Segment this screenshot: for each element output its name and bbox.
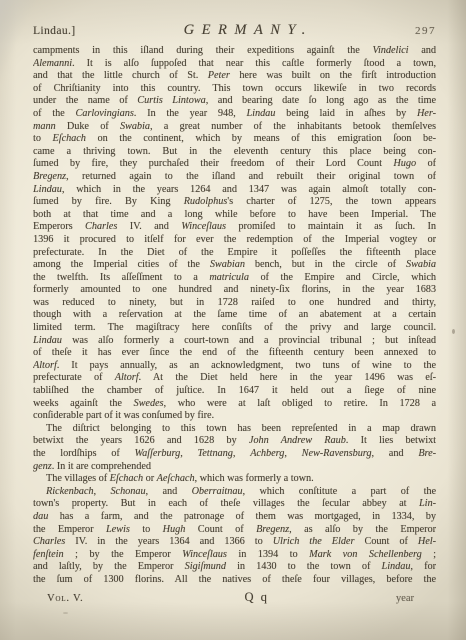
text-line: Bregenz, returned again to the iſland an… — [33, 171, 436, 184]
text-line: ſumed by fire. By King Rudolphus's chart… — [33, 196, 436, 209]
paragraph: Rickenbach, Schonau, and Oberraitnau, wh… — [33, 486, 436, 587]
text-line: The diſtrict belonging to this town has … — [33, 423, 436, 436]
page-footer: Vol. V. Q q year — [33, 590, 436, 605]
text-line: came a thriving town. But in the elevent… — [33, 146, 436, 159]
text-line: Emperors Charles IV. and Winceſlaus prom… — [33, 221, 436, 234]
running-head-catch-title: Lindau.] — [33, 25, 75, 37]
text-line: dau has a farm, and the patronage of the… — [33, 511, 436, 524]
scan-speck — [452, 329, 455, 334]
text-line: was reduced to ninety, but in 1728 raiſe… — [33, 297, 436, 310]
text-line: under the name of Curtis Lintowa, and be… — [33, 95, 436, 108]
text-line: and laſtly, by the Emperor Sigiſmund in … — [33, 561, 436, 574]
text-line: Altorf. It pays annually, as an acknowle… — [33, 360, 436, 373]
text-line: prefecturate of Altorf. At the Diet held… — [33, 372, 436, 385]
text-line: weeks againſt the Swedes, who were at la… — [33, 398, 436, 411]
text-line: Lindau was alſo formerly a court-town an… — [33, 335, 436, 348]
running-head-title: GERMANY. — [184, 22, 313, 39]
text-line: town's property. But in each of theſe vi… — [33, 498, 436, 511]
text-line: Rickenbach, Schonau, and Oberraitnau, wh… — [33, 486, 436, 499]
page-body: campments in this iſland during their ex… — [33, 45, 436, 587]
text-block: Lindau.] GERMANY. 297 campments in this … — [33, 22, 436, 605]
paragraph: campments in this iſland during their ex… — [33, 45, 436, 423]
text-line: and that the little church of St. Peter … — [33, 70, 436, 83]
text-line: the Emperor Lewis to Hugh Count of Brege… — [33, 524, 436, 537]
signature-mark: Q q — [244, 590, 268, 605]
text-line: 1396 it procured to itſelf for ever the … — [33, 234, 436, 247]
paragraph: The villages of Eſchach or Aeſchach, whi… — [33, 473, 436, 486]
page-number: 297 — [415, 25, 436, 37]
catchword: year — [396, 593, 414, 604]
text-line: limited term. The magiſtracy here conſiſ… — [33, 322, 436, 335]
text-line: Charles IV. in the years 1364 and 1366 t… — [33, 536, 436, 549]
paragraph: The diſtrict belonging to this town has … — [33, 423, 436, 473]
text-line: genz. In it are comprehended — [33, 461, 436, 474]
text-line: mann Duke of Swabia, a great number of t… — [33, 121, 436, 134]
text-line: to Eſchach on the continent, which by me… — [33, 133, 436, 146]
text-line: fenſtein ; by the Emperor Winceſlaus in … — [33, 549, 436, 562]
text-line: of theſe it has ever ſince the end of th… — [33, 347, 436, 360]
text-line: both at that time and a long while befor… — [33, 209, 436, 222]
text-line: conſiderable part of it was conſumed by … — [33, 410, 436, 423]
running-head: Lindau.] GERMANY. 297 — [33, 22, 436, 41]
text-line: formerly amounted to one hundred and nin… — [33, 284, 436, 297]
text-line: of the Carlovingians. In the year 948, L… — [33, 108, 436, 121]
text-line: ſumed by fire, they purchaſed their free… — [33, 158, 436, 171]
text-line: the ſum of 1300 florins. All the natives… — [33, 574, 436, 587]
text-line: the lordſhips of Waſſerburg, Tettnang, A… — [33, 448, 436, 461]
text-line: Alemanni. It is alſo ſuppoſed that near … — [33, 58, 436, 71]
text-line: Lindau, which in the years 1264 and 1347… — [33, 184, 436, 197]
scan-speck — [63, 612, 68, 614]
text-line: The villages of Eſchach or Aeſchach, whi… — [33, 473, 436, 486]
volume-label: Vol. V. — [47, 593, 83, 604]
text-line: betwixt the years 1626 and 1628 by John … — [33, 435, 436, 448]
text-line: campments in this iſland during their ex… — [33, 45, 436, 58]
scanned-book-page: Lindau.] GERMANY. 297 campments in this … — [0, 0, 466, 640]
text-line: of Chriſtianity into this country. This … — [33, 83, 436, 96]
text-line: though with a reſervation at the ſame ti… — [33, 309, 436, 322]
text-line: among the Imperial cities of the Swabian… — [33, 259, 436, 272]
text-line: prefecturate. In the Diet of the Empire … — [33, 247, 436, 260]
text-line: tabliſhed the chamber of juſtice. In 164… — [33, 385, 436, 398]
text-line: the twelfth. Its aſſeſſment to a matricu… — [33, 272, 436, 285]
